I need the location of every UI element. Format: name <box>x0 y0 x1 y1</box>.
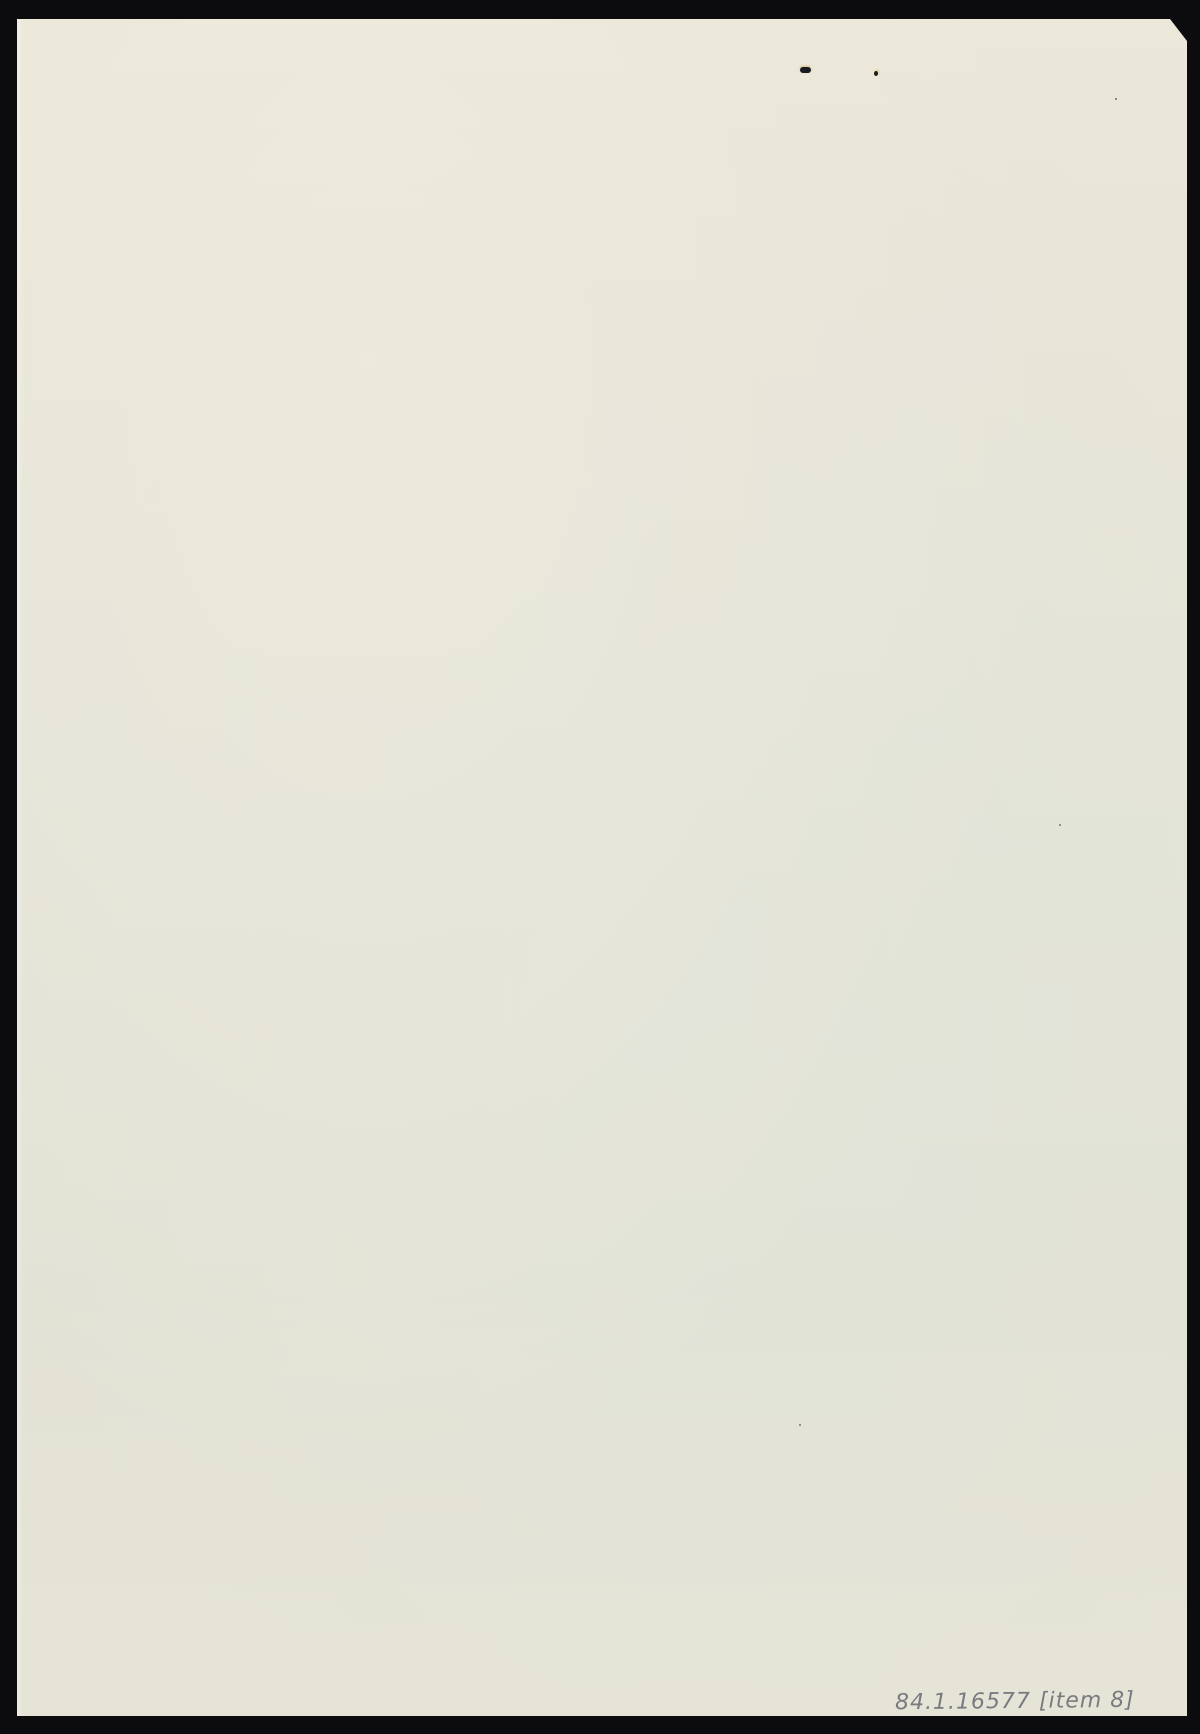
paper-edge-highlight <box>17 19 23 1716</box>
paper-speck <box>1115 98 1117 100</box>
paper-speck <box>799 1424 801 1426</box>
paper-sheet: 84.1.16577 [item 8] <box>17 19 1187 1716</box>
catalog-number-annotation: 84.1.16577 [item 8] <box>895 1688 1135 1716</box>
binding-hole-mark <box>874 71 878 76</box>
paper-speck <box>1059 824 1061 826</box>
scan-background: 84.1.16577 [item 8] <box>0 0 1200 1734</box>
binding-hole-mark <box>800 67 811 73</box>
